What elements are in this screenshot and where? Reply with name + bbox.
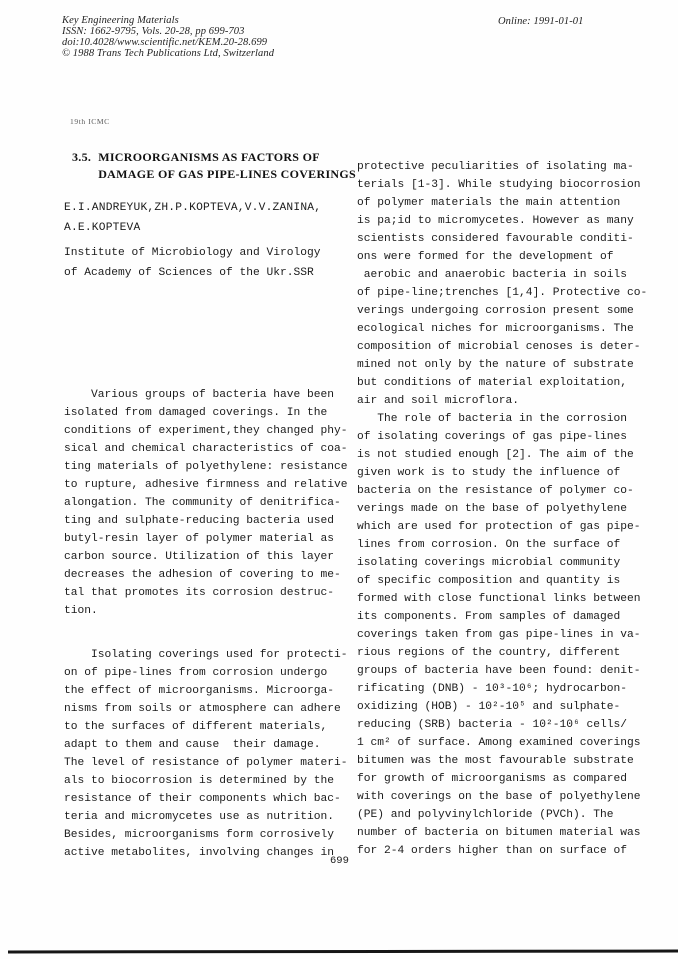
- section-number: 3.5.: [72, 149, 91, 183]
- online-date: Online: 1991-01-01: [498, 16, 584, 27]
- journal-issn-line: ISSN: 1662-9795, Vols. 20-28, pp 699-703: [62, 26, 274, 37]
- authors: E.I.ANDREYUK,ZH.P.KOPTEVA,V.V.ZANINA, A.…: [64, 198, 321, 238]
- left-column-paragraph-2: Isolating coverings used for protecti- o…: [64, 646, 348, 862]
- page-number: 699: [330, 855, 349, 867]
- right-column-text: protective peculiarities of isolating ma…: [357, 158, 647, 860]
- journal-copyright-line: © 1988 Trans Tech Publications Ltd, Swit…: [62, 48, 274, 59]
- article-title-line-2: DAMAGE OF GAS PIPE-LINES COVERINGS: [98, 166, 356, 183]
- journal-title: Key Engineering Materials: [62, 15, 274, 26]
- scanned-paper-page: Key Engineering Materials ISSN: 1662-979…: [0, 0, 678, 959]
- scan-bottom-edge: [8, 950, 678, 953]
- article-title-line-1: MICROORGANISMS AS FACTORS OF: [98, 149, 356, 166]
- affiliation: Institute of Microbiology and Virology o…: [64, 243, 321, 283]
- article-title-lines: MICROORGANISMS AS FACTORS OF DAMAGE OF G…: [98, 149, 356, 183]
- journal-doi-line: doi:10.4028/www.scientific.net/KEM.20-28…: [62, 37, 274, 48]
- journal-header: Key Engineering Materials ISSN: 1662-979…: [62, 15, 274, 59]
- article-title-block: 3.5. MICROORGANISMS AS FACTORS OF DAMAGE…: [72, 149, 356, 183]
- conference-mark: 19th ICMC: [70, 117, 110, 126]
- left-column-paragraph-1: Various groups of bacteria have been iso…: [64, 386, 348, 620]
